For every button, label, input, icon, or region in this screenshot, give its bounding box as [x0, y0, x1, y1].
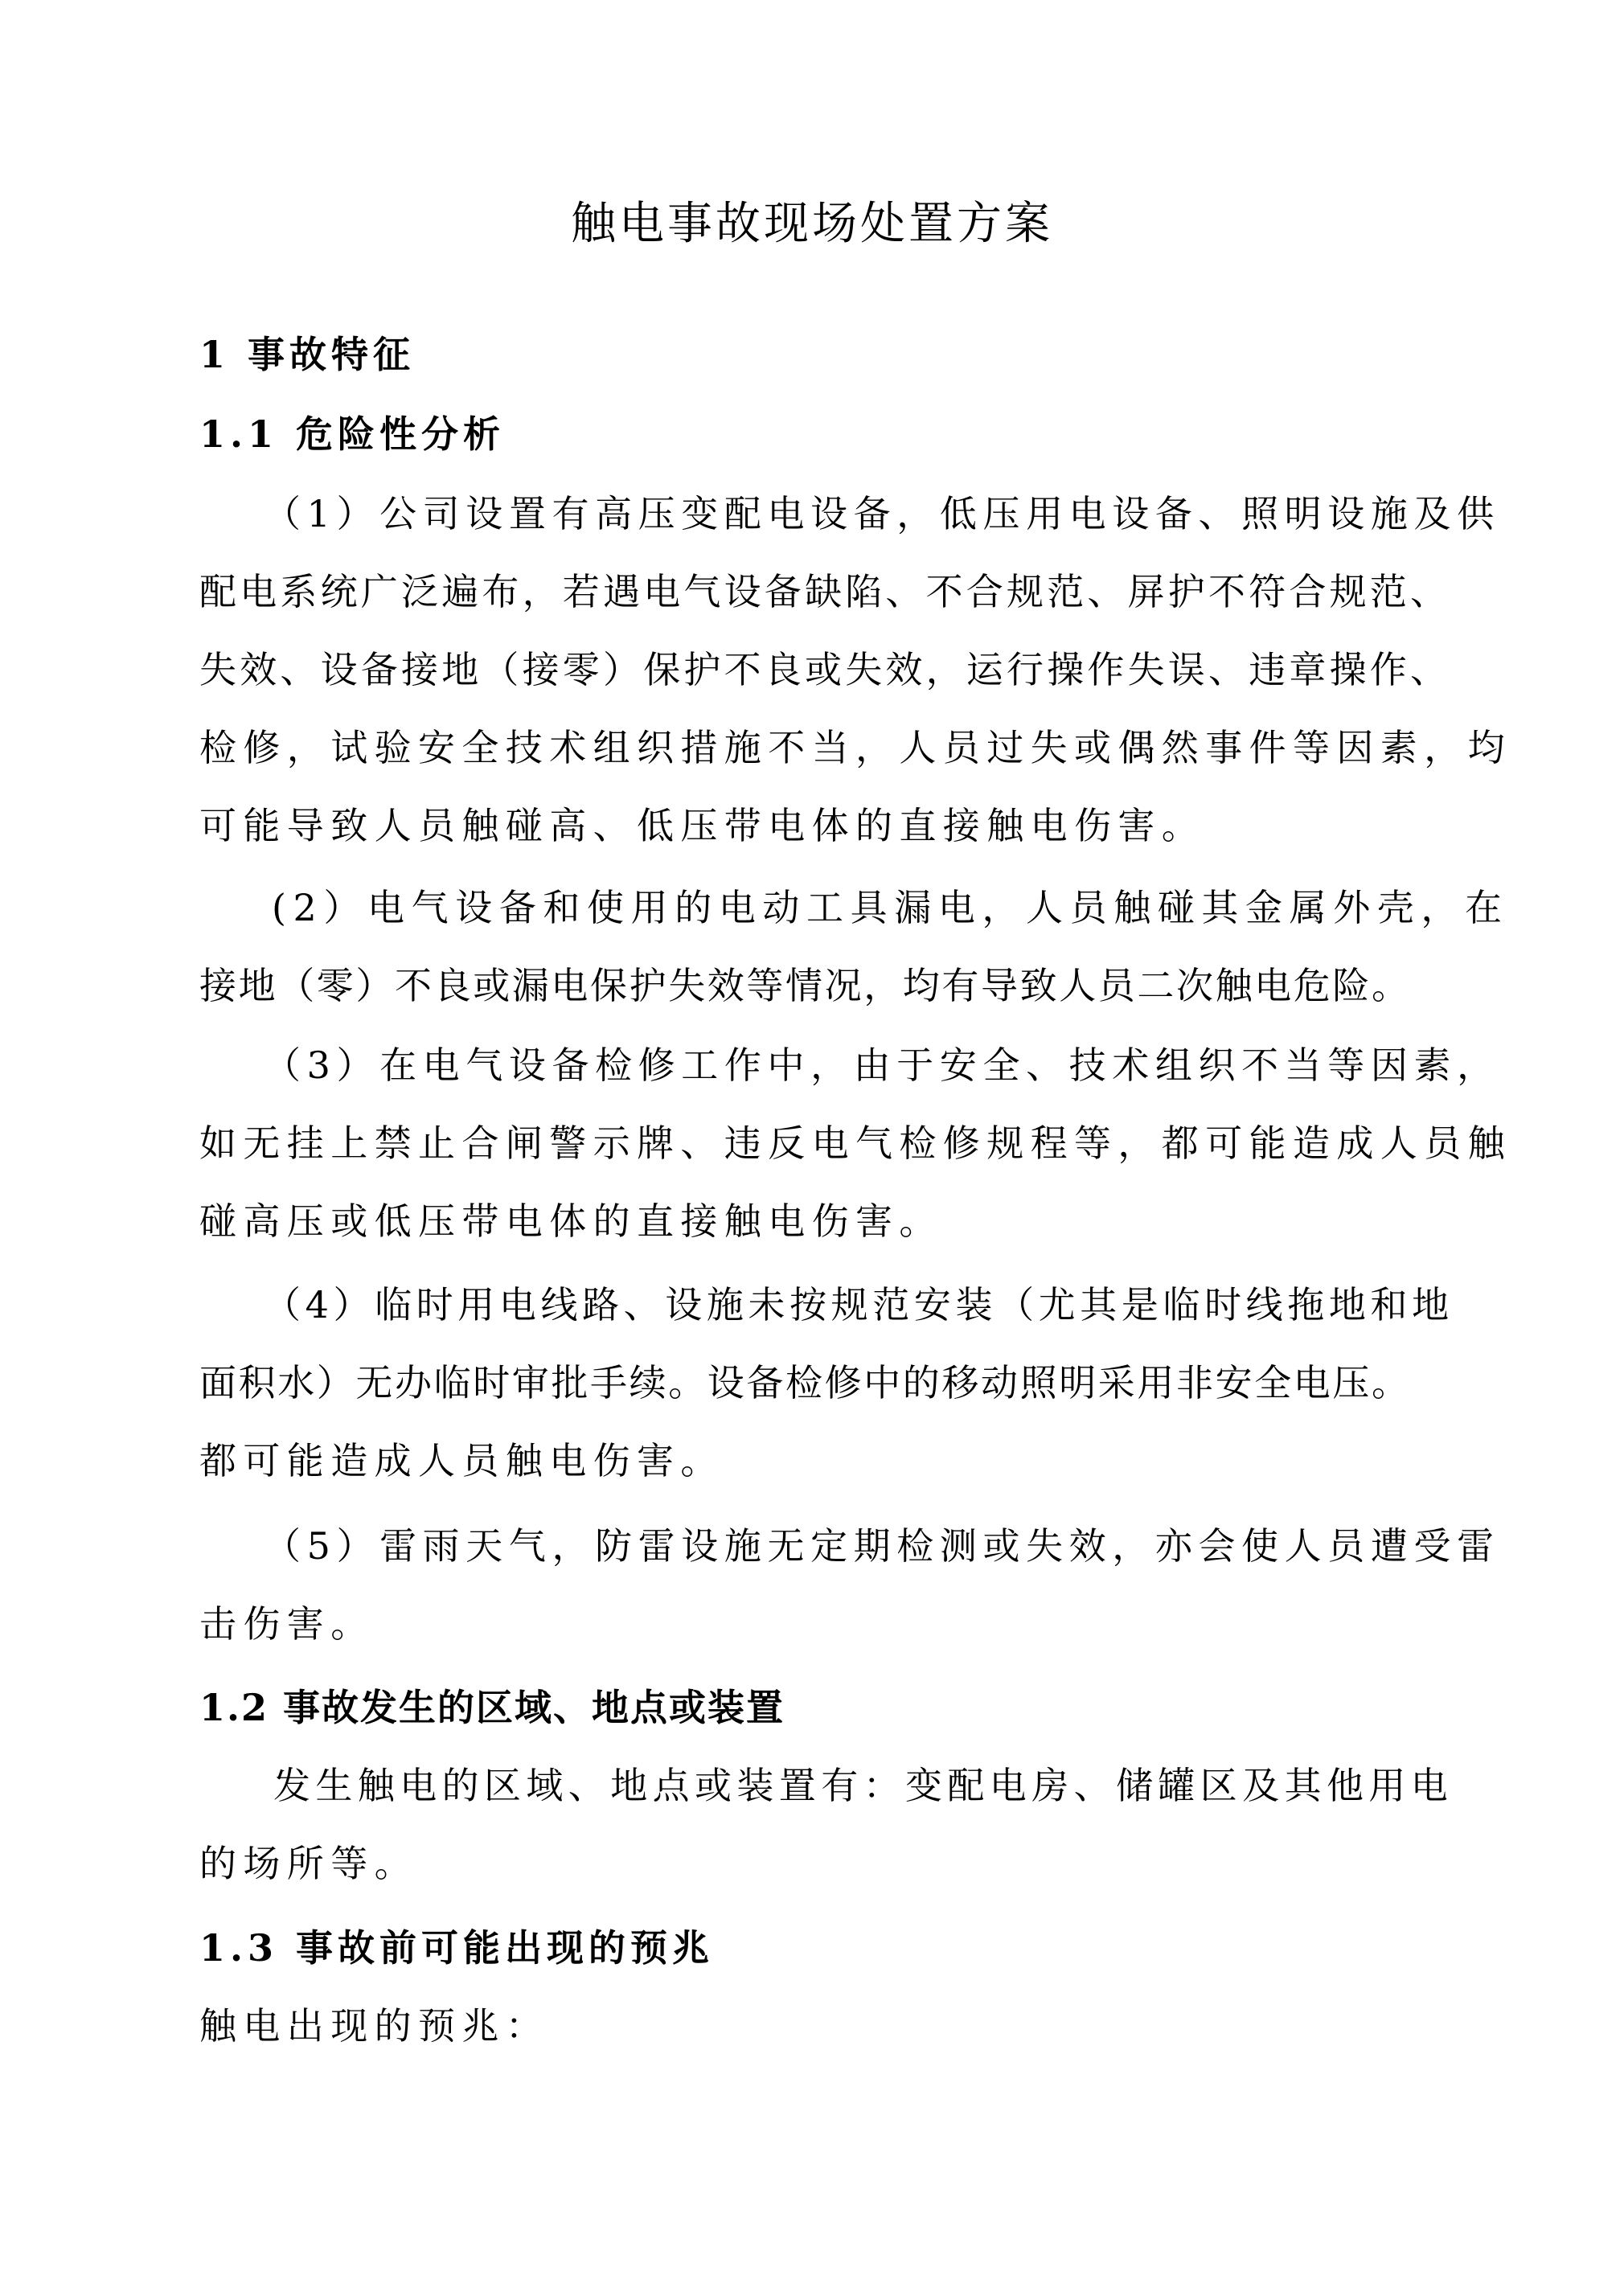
paragraph-line: （5）雷雨天气，防雷设施无定期检测或失效，亦会使人员遭受雷 — [264, 1518, 1429, 1574]
paragraph-line: 失效、设备接地（接零）保护不良或失效，运行操作失误、违章操作、 — [199, 642, 1429, 698]
paragraph-line: 配电系统广泛遍布，若遇电气设备缺陷、不合规范、屏护不符合规范、 — [199, 564, 1429, 620]
paragraph-line: 击伤害。 — [199, 1596, 1429, 1652]
subsection-heading-1-1: 1.1 危险性分析 — [199, 406, 1429, 462]
paragraph-line: 碰高压或低压带电体的直接触电伤害。 — [199, 1193, 1429, 1249]
paragraph-line: 检修，试验安全技术组织措施不当，人员过失或偶然事件等因素，均 — [199, 720, 1429, 776]
paragraph-line: 的场所等。 — [199, 1835, 1429, 1892]
paragraph-line: 都可能造成人员触电伤害。 — [199, 1433, 1429, 1489]
paragraph-line: 触电出现的预兆： — [199, 1998, 1429, 2054]
section-heading-1: 1 事故特征 — [199, 326, 1429, 383]
paragraph-line: 发生触电的区域、地点或装置有：变配电房、储罐区及其他用电 — [273, 1757, 1429, 1814]
paragraph-line: 面积水）无办临时审批手续。设备检修中的移动照明采用非安全电压。 — [199, 1355, 1429, 1411]
paragraph-line: 如无挂上禁止合闸警示牌、违反电气检修规程等，都可能造成人员触 — [199, 1115, 1429, 1171]
paragraph-line: （3）在电气设备检修工作中，由于安全、技术组织不当等因素， — [264, 1037, 1429, 1093]
subsection-heading-1-3: 1.3 事故前可能出现的预兆 — [199, 1920, 1429, 1976]
paragraph-line: （4）临时用电线路、设施未按规范安装（尤其是临时线拖地和地 — [264, 1277, 1429, 1333]
paragraph-line: （1）公司设置有高压变配电设备，低压用电设备、照明设施及供 — [264, 486, 1429, 542]
document-page: 触电事故现场处置方案 1 事故特征 1.1 危险性分析 （1）公司设置有高压变配… — [0, 0, 1624, 2296]
paragraph-line: (2）电气设备和使用的电动工具漏电，人员触碰其金属外壳，在 — [272, 879, 1429, 936]
subsection-heading-1-2: 1.2 事故发生的区域、地点或装置 — [199, 1679, 1429, 1736]
paragraph-line: 可能导致人员触碰高、低压带电体的直接触电伤害。 — [199, 797, 1429, 854]
paragraph-line: 接地（零）不良或漏电保护失效等情况，均有导致人员二次触电危险。 — [199, 957, 1429, 1014]
document-title: 触电事故现场处置方案 — [0, 196, 1624, 252]
